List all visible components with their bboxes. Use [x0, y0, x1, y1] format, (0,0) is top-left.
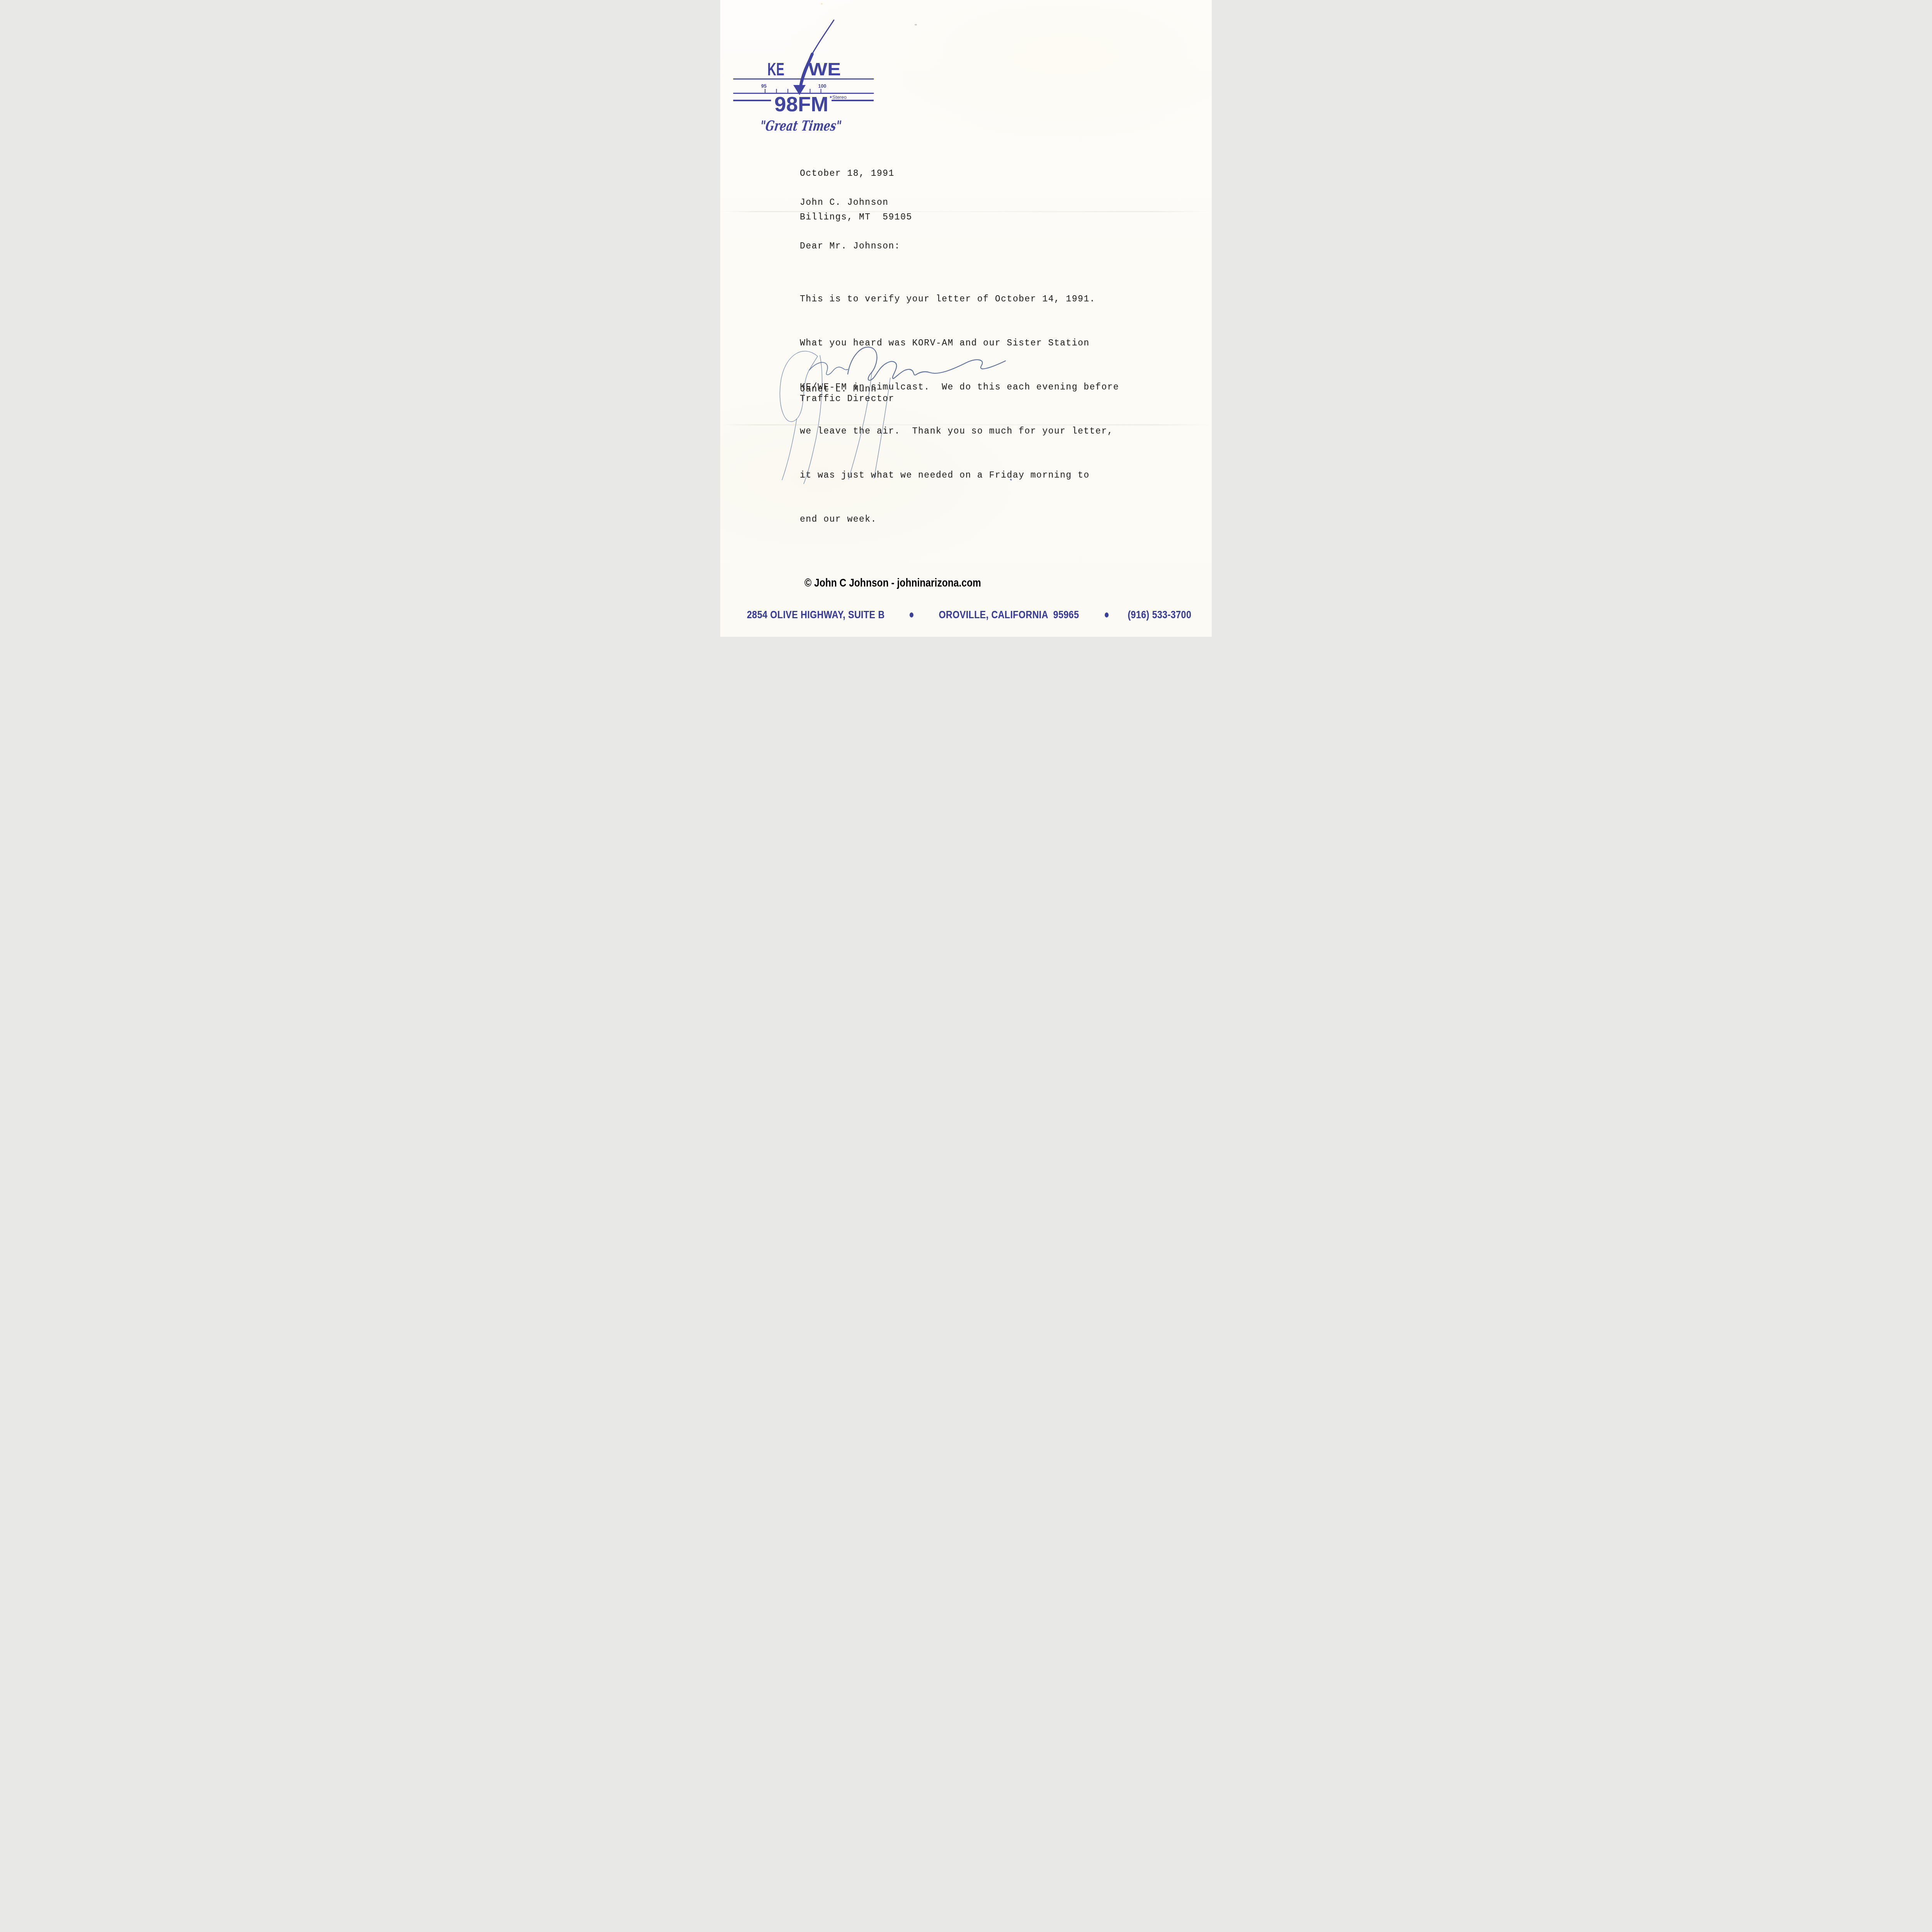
signature-autograph	[774, 332, 1014, 487]
recipient-location: Billings, MT 59105	[800, 212, 912, 223]
body-line: This is to verify your letter of October…	[800, 292, 1119, 306]
paper-crease	[720, 211, 1212, 212]
call-letters-ke: KE	[767, 59, 784, 79]
scan-speck	[915, 24, 917, 26]
dial-tick-marks	[765, 89, 821, 93]
tuning-needle-arrow-icon	[793, 20, 834, 95]
band-98fm: 98FM	[774, 93, 828, 116]
letter-date: October 18, 1991	[800, 168, 895, 179]
footer-city-state-zip: OROVILLE, CALIFORNIA 95965	[939, 609, 1079, 621]
salutation: Dear Mr. Johnson:	[800, 241, 900, 252]
scan-speck	[1010, 479, 1012, 481]
letterhead-footer: 2854 OLIVE HIGHWAY, SUITE B OROVILLE, CA…	[720, 609, 1212, 621]
dial-number-95: 95	[761, 83, 767, 89]
stereo-star-icon: ★	[829, 95, 832, 99]
scan-speck	[821, 3, 823, 5]
footer-street-address: 2854 OLIVE HIGHWAY, SUITE B	[747, 609, 885, 621]
bullet-separator-icon	[1105, 612, 1109, 617]
copyright-watermark: © John C Johnson - johninarizona.com	[804, 577, 981, 590]
recipient-name: John C. Johnson	[800, 197, 889, 208]
station-logo: KE WE 95 100 ★Stereo 98FM "Great Times"	[732, 15, 876, 136]
dial-line-bottom-left	[733, 100, 771, 101]
signer-name: Janet L. Munn	[800, 384, 877, 395]
dial-number-100: 100	[818, 83, 827, 89]
body-line: end our week.	[800, 512, 1119, 527]
scanned-letter-page: KE WE 95 100 ★Stereo 98FM "Great Times" …	[720, 0, 1212, 637]
call-letters-we: WE	[808, 59, 841, 79]
footer-phone-number: (916) 533-3700	[1128, 609, 1191, 621]
slogan-great-times: "Great Times"	[759, 117, 843, 134]
signer-title: Traffic Director	[800, 394, 895, 404]
stereo-tag: ★Stereo	[829, 95, 847, 100]
paper-crease	[720, 424, 1212, 425]
bullet-separator-icon	[910, 612, 913, 617]
stereo-label: Stereo	[832, 95, 847, 100]
